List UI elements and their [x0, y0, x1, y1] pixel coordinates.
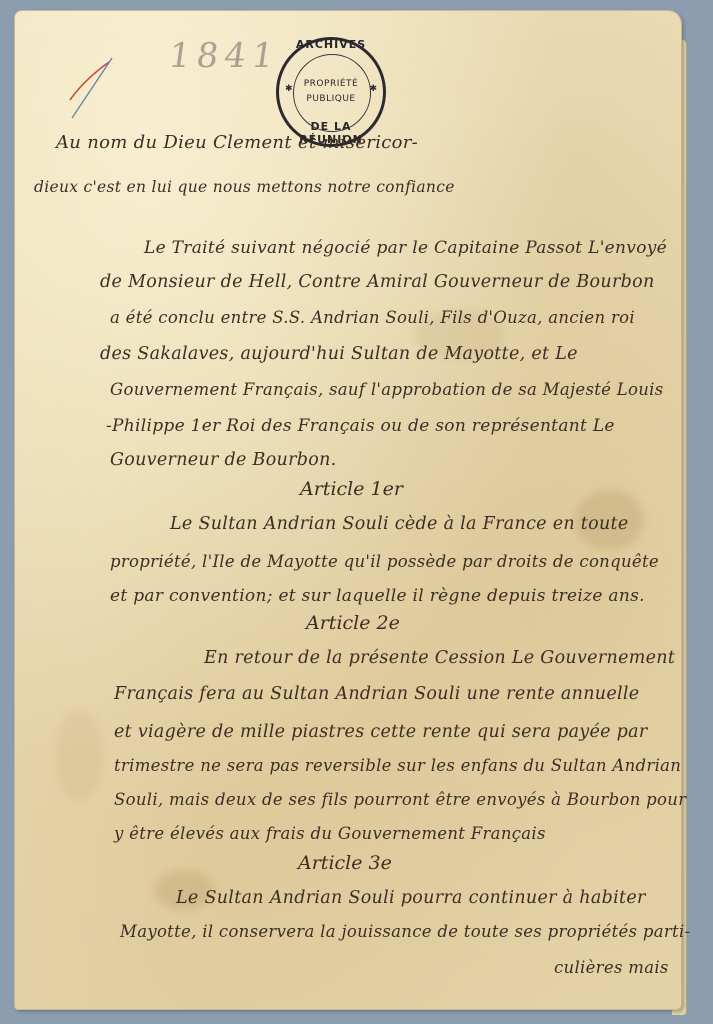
- preamble-line: des Sakalaves, aujourd'hui Sultan de May…: [100, 344, 578, 364]
- stamp-center-line: PUBLIQUE: [279, 92, 383, 107]
- document-page: 1841 ARCHIVES ✱ ✱ PROPRIÉTÉ PUBLIQUE DE …: [14, 10, 682, 1010]
- preamble-line: de Monsieur de Hell, Contre Amiral Gouve…: [100, 272, 655, 292]
- article-line: Mayotte, il conservera la jouissance de …: [120, 922, 690, 941]
- article-heading: Article 3e: [298, 852, 392, 874]
- pencil-marks-icon: [64, 40, 134, 120]
- archives-stamp: ARCHIVES ✱ ✱ PROPRIÉTÉ PUBLIQUE DE LA RÉ…: [276, 37, 386, 147]
- preamble-line: Gouverneur de Bourbon.: [110, 450, 337, 470]
- preamble-line: Le Traité suivant négocié par le Capitai…: [144, 238, 667, 258]
- stamp-center-text: PROPRIÉTÉ PUBLIQUE: [279, 77, 383, 107]
- stamp-top-text: ARCHIVES: [279, 38, 383, 51]
- article-line: trimestre ne sera pas reversible sur les…: [114, 756, 681, 775]
- article-line: y être élevés aux frais du Gouvernement …: [114, 824, 546, 843]
- preamble-line: -Philippe 1er Roi des Français ou de son…: [106, 416, 615, 436]
- preamble-line: Gouvernement Français, sauf l'approbatio…: [110, 380, 664, 399]
- invocation-line: dieux c'est en lui que nous mettons notr…: [34, 178, 455, 196]
- article-line: Le Sultan Andrian Souli cède à la France…: [170, 514, 629, 534]
- article-heading: Article 1er: [300, 478, 403, 500]
- article-line: Français fera au Sultan Andrian Souli un…: [114, 684, 639, 704]
- stamp-center-line: PROPRIÉTÉ: [279, 77, 383, 92]
- preamble-line: a été conclu entre S.S. Andrian Souli, F…: [110, 308, 635, 327]
- article-line: En retour de la présente Cession Le Gouv…: [204, 648, 675, 668]
- invocation-line: Au nom du Dieu Clement et miséricor-: [56, 132, 418, 153]
- article-line: culières mais: [554, 958, 669, 977]
- stain: [54, 710, 104, 800]
- article-heading: Article 2e: [306, 612, 400, 634]
- year-annotation: 1841: [166, 36, 282, 76]
- article-line: et viagère de mille piastres cette rente…: [114, 722, 648, 742]
- article-line: et par convention; et sur laquelle il rè…: [110, 586, 645, 606]
- article-line: Souli, mais deux de ses fils pourront êt…: [114, 790, 686, 809]
- article-line: Le Sultan Andrian Souli pourra continuer…: [176, 888, 646, 908]
- article-line: propriété, l'Ile de Mayotte qu'il possèd…: [110, 552, 659, 571]
